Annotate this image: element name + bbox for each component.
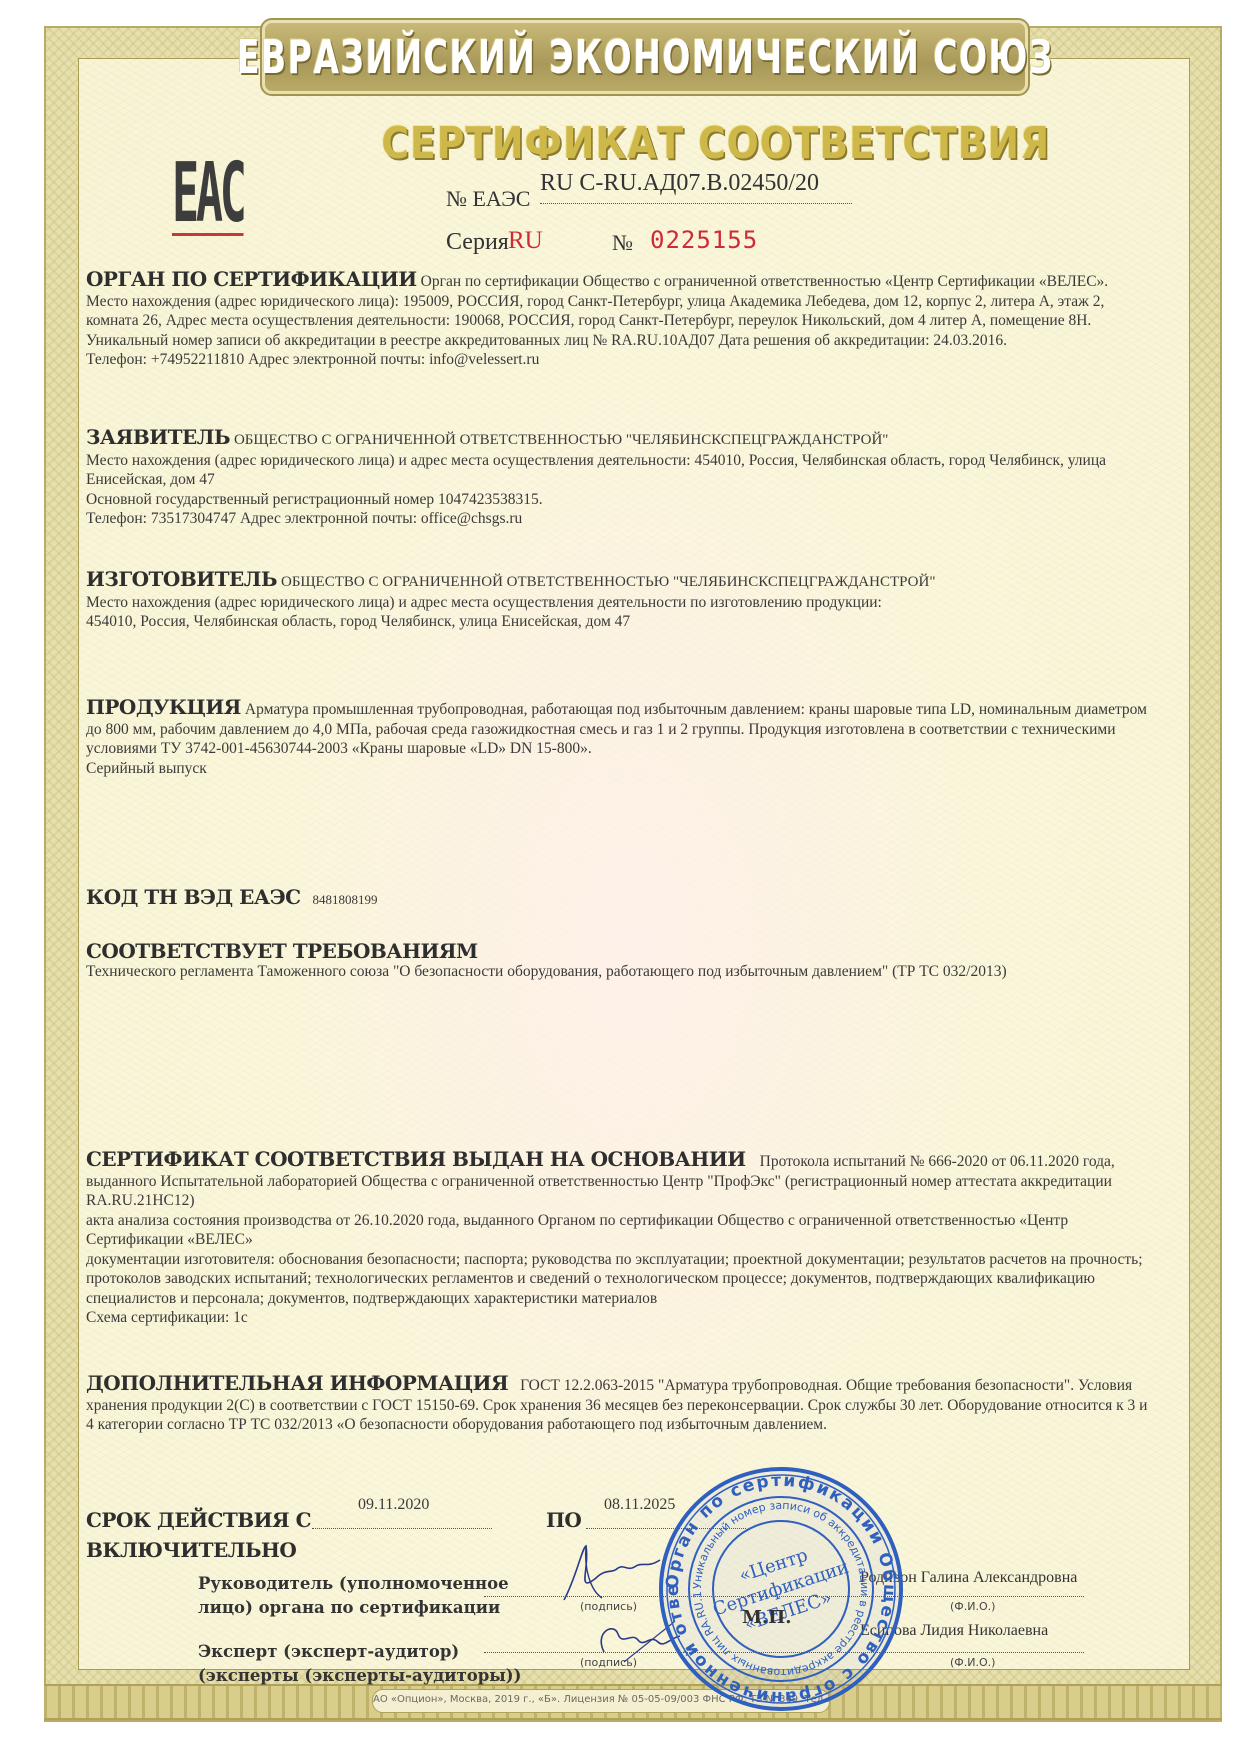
compliance-text: Технического регламента Таможенного союз… [86, 962, 1150, 982]
blank-number-label: № [612, 230, 633, 256]
basis-docs: документации изготовителя: обоснования б… [86, 1250, 1150, 1309]
expert-role: Эксперт (эксперт-аудитор) (эксперты (экс… [198, 1640, 521, 1688]
validity-from-line [312, 1528, 492, 1529]
section-heading: ЗАЯВИТЕЛЬ [86, 425, 230, 449]
section-heading: ИЗГОТОВИТЕЛЬ [86, 567, 277, 591]
section-heading: ДОПОЛНИТЕЛЬНАЯ ИНФОРМАЦИЯ [86, 1371, 508, 1395]
section-additional-info: ДОПОЛНИТЕЛЬНАЯ ИНФОРМАЦИЯГОСТ 12.2.063-2… [86, 1374, 1150, 1435]
manufacturer-name: ОБЩЕСТВО С ОГРАНИЧЕННОЙ ОТВЕТСТВЕННОСТЬЮ… [281, 574, 935, 590]
cert-body-contacts: Телефон: +74952211810 Адрес электронной … [86, 350, 1150, 370]
seal-label: М.П. [742, 1607, 791, 1628]
eac-mark-icon: EAC [172, 155, 244, 236]
head-signature-icon [556, 1538, 666, 1608]
section-hs-code: КОД ТН ВЭД ЕАЭС8481808199 [86, 888, 1150, 910]
basis-act: акта анализа состояния производства от 2… [86, 1211, 1150, 1250]
manufacturer-address-line2: 454010, Россия, Челябинская область, гор… [86, 612, 1150, 632]
section-manufacturer: ИЗГОТОВИТЕЛЬОБЩЕСТВО С ОГРАНИЧЕННОЙ ОТВЕ… [86, 570, 1150, 632]
section-heading: КОД ТН ВЭД ЕАЭС [86, 885, 301, 909]
validity-inclusive-label: ВКЛЮЧИТЕЛЬНО [86, 1538, 296, 1562]
expert-name-caption: (Ф.И.О.) [950, 1656, 995, 1669]
document-title: СЕРТИФИКАТ СООТВЕТСТВИЯ [381, 118, 888, 169]
section-heading: ПРОДУКЦИЯ [86, 695, 241, 719]
validity-from-label: СРОК ДЕЙСТВИЯ С [86, 1508, 311, 1532]
series-label: Серия [446, 229, 509, 256]
cert-number-underline [540, 203, 852, 204]
hs-code-value: 8481808199 [313, 892, 378, 907]
section-compliance: СООТВЕТСТВУЕТ ТРЕБОВАНИЯМ Технического р… [86, 942, 1150, 981]
basis-scheme: Схема сертификации: 1с [86, 1308, 1150, 1328]
section-basis: СЕРТИФИКАТ СООТВЕТСТВИЯ ВЫДАН НА ОСНОВАН… [86, 1150, 1150, 1328]
applicant-ogrn: Основной государственный регистрационный… [86, 490, 1150, 510]
section-product: ПРОДУКЦИЯАрматура промышленная трубопров… [86, 698, 1150, 778]
union-banner: ЕВРАЗИЙСКИЙ ЭКОНОМИЧЕСКИЙ СОЮЗ [262, 20, 1028, 94]
cert-number-label: № ЕАЭС [446, 186, 530, 212]
validity-from-date: 09.11.2020 [358, 1496, 429, 1514]
product-description: Арматура промышленная трубопроводная, ра… [86, 701, 1147, 757]
section-applicant: ЗАЯВИТЕЛЬОБЩЕСТВО С ОГРАНИЧЕННОЙ ОТВЕТСТ… [86, 428, 1150, 529]
applicant-address: Место нахождения (адрес юридического лиц… [86, 451, 1150, 490]
manufacturer-address-line1: Место нахождения (адрес юридического лиц… [86, 593, 1150, 613]
section-certification-body: ОРГАН ПО СЕРТИФИКАЦИИОрган по сертификац… [86, 270, 1150, 370]
validity-to-label: ПО [546, 1508, 581, 1532]
union-name: ЕВРАЗИЙСКИЙ ЭКОНОМИЧЕСКИЙ СОЮЗ [237, 30, 1054, 84]
head-role: Руководитель (уполномоченное лицо) орган… [198, 1572, 509, 1620]
cert-number: RU C-RU.АД07.В.02450/20 [540, 170, 819, 197]
blank-number: 0225155 [650, 226, 758, 254]
series-value: RU [508, 227, 543, 255]
head-name-caption: (Ф.И.О.) [950, 1600, 995, 1613]
seal-stamp-icon: Орган по сертификации Общество с огранич… [656, 1464, 906, 1714]
section-heading: СООТВЕТСТВУЕТ ТРЕБОВАНИЯМ [86, 942, 1150, 962]
section-heading: СЕРТИФИКАТ СООТВЕТСТВИЯ ВЫДАН НА ОСНОВАН… [86, 1147, 746, 1171]
section-heading: ОРГАН ПО СЕРТИФИКАЦИИ [86, 267, 417, 291]
applicant-contacts: Телефон: 73517304747 Адрес электронной п… [86, 509, 1150, 529]
product-release-type: Серийный выпуск [86, 759, 1150, 779]
applicant-name: ОБЩЕСТВО С ОГРАНИЧЕННОЙ ОТВЕТСТВЕННОСТЬЮ… [234, 432, 888, 448]
